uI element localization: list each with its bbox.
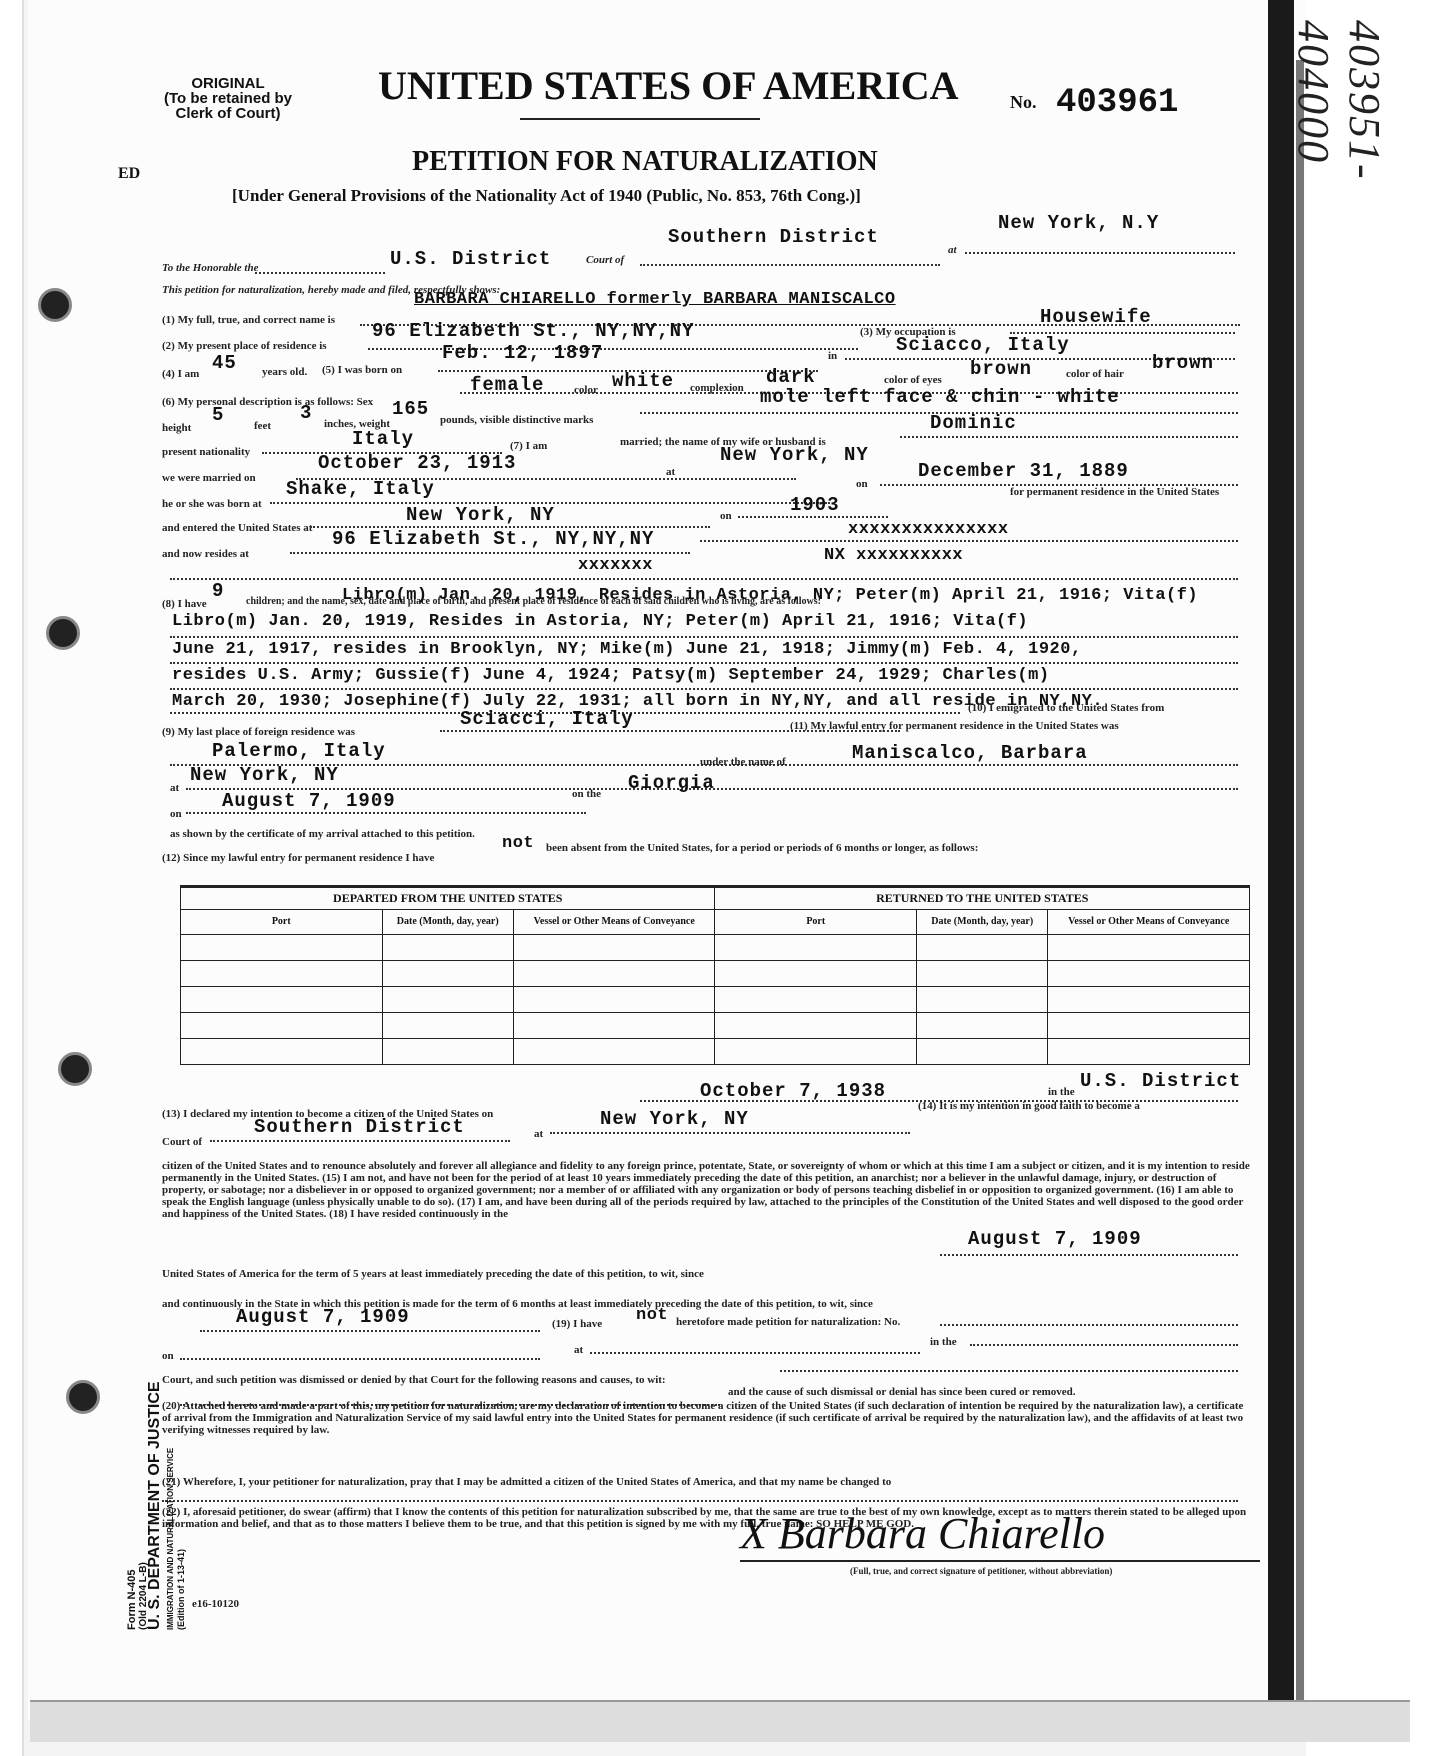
field-line: [970, 1344, 1238, 1346]
table-cell: [181, 935, 383, 961]
table-row: [181, 987, 1250, 1013]
table-cell: [382, 1013, 513, 1039]
field-line: [590, 1352, 920, 1354]
children-line: resides U.S. Army; Gussie(f) June 4, 192…: [172, 666, 1050, 685]
field-line: [180, 1358, 540, 1360]
q9-label: (9) My last place of foreign residence w…: [162, 726, 355, 738]
hair: brown: [1152, 352, 1214, 374]
on-label: on: [162, 1350, 174, 1362]
q1-label: (1) My full, true, and correct name is: [162, 314, 335, 326]
field-line: [186, 812, 586, 814]
under-name-label: under the name of: [700, 756, 786, 768]
spouse-birthplace: Shake, Italy: [286, 478, 435, 500]
col-header: Port: [715, 909, 917, 935]
entered-on-label: on: [720, 510, 732, 522]
petitioner-signature: X Barbara Chiarello: [740, 1508, 1105, 1559]
field-line: [170, 578, 1238, 580]
occupation: Housewife: [1040, 306, 1152, 328]
in-the2-label: in the: [930, 1336, 957, 1348]
table-cell: [917, 961, 1048, 987]
table-cell: [1048, 961, 1250, 987]
q5-label: (5) I was born on: [322, 364, 402, 376]
entry-at-label: at: [170, 782, 179, 794]
residence-state-since: August 7, 1909: [236, 1306, 410, 1328]
page-left-edge: [0, 0, 24, 1756]
field-line: [255, 272, 385, 274]
residence-5yr-label: United States of America for the term of…: [162, 1268, 704, 1280]
field-line: [965, 252, 1235, 254]
table-cell: [513, 935, 715, 961]
form-title: PETITION FOR NATURALIZATION: [412, 146, 878, 178]
q2-label: (2) My present place of residence is: [162, 340, 327, 352]
marks-label: pounds, visible distinctive marks: [440, 414, 593, 426]
at-label: at: [948, 244, 957, 256]
prior-petition: not: [636, 1306, 668, 1325]
country-title: UNITED STATES OF AMERICA: [378, 62, 958, 109]
marriage-date: October 23, 1913: [318, 452, 516, 474]
eyes-label: color of eyes: [884, 374, 942, 386]
field-line: [700, 540, 1238, 542]
q19-label: (19) I have: [552, 1318, 602, 1330]
weight: 165: [392, 398, 429, 420]
table-row: [181, 1013, 1250, 1039]
birth-in-label: in: [828, 350, 837, 362]
table-cell: [715, 961, 917, 987]
retained-note: (To be retained by: [148, 91, 308, 106]
returned-header: RETURNED TO THE UNITED STATES: [715, 887, 1250, 910]
vessel-on-label: on the: [572, 788, 601, 800]
table-cell: [917, 935, 1048, 961]
struck-text: xxxxxxxxxxxxxxx: [848, 520, 1009, 539]
district: Southern District: [668, 226, 879, 248]
table-cell: [382, 935, 513, 961]
vessel: Giorgia: [628, 772, 715, 794]
field-line: [738, 516, 888, 518]
q10-label: (10) I emigrated to the United States fr…: [968, 702, 1164, 714]
department-name: U. S. DEPARTMENT OF JUSTICE: [146, 1381, 164, 1630]
children-line: Libro(m) Jan. 20, 1919, Resides in Astor…: [172, 612, 1028, 631]
age: 45: [212, 352, 237, 374]
absence: not: [502, 834, 534, 853]
spouse-entry-place: New York, NY: [406, 504, 555, 526]
children-count: 9: [212, 580, 224, 602]
form-number: Form N-405: [126, 1569, 138, 1630]
act-line: [Under General Provisions of the Nationa…: [232, 186, 861, 206]
field-line: [170, 636, 1238, 638]
prior-petition-suffix: heretofore made petition for naturalizat…: [676, 1316, 900, 1328]
court-of-label: Court of: [162, 1136, 202, 1148]
field-line: [900, 436, 1238, 438]
table-cell: [513, 1039, 715, 1065]
declaration-court: U.S. District: [1080, 1070, 1241, 1092]
col-header: Date (Month, day, year): [917, 909, 1048, 935]
table-cell: [917, 987, 1048, 1013]
last-foreign-residence: Sciacci, Italy: [460, 708, 634, 730]
entry-date: August 7, 1909: [222, 790, 396, 812]
entry-port: New York, NY: [190, 764, 339, 786]
table-cell: [181, 1013, 383, 1039]
binding-shadow: [1268, 0, 1294, 1700]
q12-label: (12) Since my lawful entry for permanent…: [162, 852, 434, 864]
dismissed-text: Court, and such petition was dismissed o…: [162, 1374, 666, 1386]
struck-text: xxxxxxx: [578, 556, 653, 575]
punch-hole: [38, 288, 72, 322]
spouse-born-label: he or she was born at: [162, 498, 262, 510]
emigrated-from: Palermo, Italy: [212, 740, 386, 762]
binding-edge: [1296, 60, 1304, 1700]
table-row: [181, 961, 1250, 987]
table-cell: [382, 961, 513, 987]
field-line: [290, 552, 690, 554]
absence-table: DEPARTED FROM THE UNITED STATES RETURNED…: [180, 885, 1250, 1065]
field-line: [170, 662, 1238, 664]
marriage-place: New York, NY: [720, 444, 869, 466]
edition: (Edition of 1-13-41): [176, 1549, 186, 1630]
hair-label: color of hair: [1066, 368, 1124, 380]
page-bottom-edge: [30, 1700, 1410, 1742]
permanent-label: for permanent residence in the United St…: [1010, 486, 1219, 498]
court-name: U.S. District: [390, 248, 551, 270]
table-row: [181, 1039, 1250, 1065]
table-cell: [513, 987, 715, 1013]
table-cell: [382, 987, 513, 1013]
spouse-born-on-label: on: [856, 478, 868, 490]
now-resides-label: and now resides at: [162, 548, 249, 560]
q21-text: (21) Wherefore, I, your petitioner for n…: [162, 1476, 891, 1488]
punch-hole: [58, 1052, 92, 1086]
cured-text: and the cause of such dismissal or denia…: [728, 1386, 1076, 1398]
field-line: [940, 1324, 1238, 1326]
field-line: [640, 264, 940, 266]
height-feet: 5: [212, 404, 224, 426]
col-header: Vessel or Other Means of Conveyance: [513, 909, 715, 935]
at2-label: at: [574, 1344, 583, 1356]
retained-note: Clerk of Court): [148, 106, 308, 121]
table-cell: [1048, 935, 1250, 961]
col-header: Port: [181, 909, 383, 935]
children-line: Libro(m) Jan. 20, 1919, Resides in Astor…: [342, 586, 1198, 605]
q8-label: (8) I have: [162, 598, 207, 610]
field-line: [550, 1132, 910, 1134]
field-line: [940, 1254, 1238, 1256]
field-line: [780, 1370, 1238, 1372]
height-inches: 3: [300, 402, 312, 424]
service-name: IMMIGRATION AND NATURALIZATION SERVICE: [166, 1448, 175, 1630]
married-on-label: we were married on: [162, 472, 256, 484]
birth-date: Feb. 12, 1897: [442, 342, 603, 364]
eyes: brown: [970, 358, 1032, 380]
table-cell: [513, 1013, 715, 1039]
punch-hole: [66, 1380, 100, 1414]
table-cell: [1048, 1013, 1250, 1039]
marks: mole left face & chin - white: [760, 386, 1120, 408]
absence-suffix: been absent from the United States, for …: [546, 842, 978, 854]
print-code: e16-10120: [192, 1598, 239, 1610]
entered-label: and entered the United States at: [162, 522, 312, 534]
q6-label: (6) My personal description is as follow…: [162, 396, 373, 408]
margin-mark: ED: [118, 165, 140, 183]
feet-label: feet: [254, 420, 271, 432]
entry-name: Maniscalco, Barbara: [852, 742, 1088, 764]
q11-label: (11) My lawful entry for permanent resid…: [790, 720, 1119, 732]
table-cell: [382, 1039, 513, 1065]
table-cell: [513, 961, 715, 987]
nationality-label: present nationality: [162, 446, 250, 458]
spouse-birth-date: December 31, 1889: [918, 460, 1129, 482]
original-text: ORIGINAL: [148, 76, 308, 91]
table-cell: [1048, 987, 1250, 1013]
table-cell: [181, 987, 383, 1013]
table-cell: [715, 1013, 917, 1039]
entry-on-label: on: [170, 808, 182, 820]
signature-line: [740, 1560, 1260, 1562]
declaration-district: Southern District: [254, 1116, 465, 1138]
q4-label: (4) I am: [162, 368, 199, 380]
spouse: Dominic: [930, 412, 1017, 434]
field-line: [200, 1330, 540, 1332]
children-line: March 20, 1930; Josephine(f) July 22, 19…: [172, 692, 1103, 711]
spouse-entry-year: 1903: [790, 494, 840, 516]
to-honorable-label: To the Honorable the: [162, 262, 258, 274]
original-label: ORIGINAL (To be retained by Clerk of Cou…: [148, 76, 308, 121]
handwritten-range: 403951-404000: [1288, 20, 1390, 181]
table-cell: [715, 987, 917, 1013]
field-line: [162, 1500, 1238, 1502]
title-underline: [520, 118, 760, 120]
signature-caption: (Full, true, and correct signature of pe…: [850, 1566, 1112, 1576]
col-header: Date (Month, day, year): [382, 909, 513, 935]
petition-number: 403961: [1056, 84, 1178, 122]
table-cell: [917, 1039, 1048, 1065]
field-line: [170, 688, 1238, 690]
table-row: [181, 935, 1250, 961]
table-cell: [1048, 1039, 1250, 1065]
birth-place: Sciacco, Italy: [896, 334, 1070, 356]
petition-no-label: No.: [1010, 92, 1037, 113]
court-of-label: Court of: [586, 254, 624, 266]
table-cell: [715, 935, 917, 961]
table-cell: [181, 961, 383, 987]
certificate-note: as shown by the certificate of my arriva…: [170, 828, 475, 840]
field-line: [210, 1140, 510, 1142]
age-suffix: years old.: [262, 366, 307, 378]
declaration-place: New York, NY: [600, 1108, 749, 1130]
departed-header: DEPARTED FROM THE UNITED STATES: [181, 887, 715, 910]
declaration-date: October 7, 1938: [700, 1080, 886, 1102]
spouse-residence: 96 Elizabeth St., NY,NY,NY: [332, 528, 654, 550]
allegiance-paragraph: citizen of the United States and to reno…: [162, 1160, 1252, 1220]
married-at-label: at: [666, 466, 675, 478]
table-cell: [715, 1039, 917, 1065]
table-cell: [917, 1013, 1048, 1039]
col-header: Vessel or Other Means of Conveyance: [1048, 909, 1250, 935]
q14-label: (14) It is my intention in good faith to…: [918, 1100, 1140, 1112]
residence: 96 Elizabeth St., NY,NY,NY: [372, 320, 694, 342]
struck-text: NX xxxxxxxxxx: [824, 546, 963, 565]
color-label: color: [574, 384, 598, 396]
declaration-at-label: at: [534, 1128, 543, 1140]
right-margin-strip: [1306, 0, 1436, 1756]
full-name: BARBARA CHIARELLO formerly BARBARA MANIS…: [414, 290, 896, 309]
color: white: [612, 370, 674, 392]
q7-label: (7) I am: [510, 440, 547, 452]
complexion: dark: [766, 366, 816, 388]
table-cell: [181, 1039, 383, 1065]
height-label: height: [162, 422, 191, 434]
punch-hole: [46, 616, 80, 650]
residence-5yr-since: August 7, 1909: [968, 1228, 1142, 1250]
in-the-label: in the: [1048, 1086, 1075, 1098]
nationality: Italy: [352, 428, 414, 450]
court-location: New York, N.Y: [998, 212, 1159, 234]
children-line: June 21, 1917, resides in Brooklyn, NY; …: [172, 640, 1082, 659]
q20-paragraph: (20) Attached hereto and made a part of …: [162, 1400, 1252, 1436]
